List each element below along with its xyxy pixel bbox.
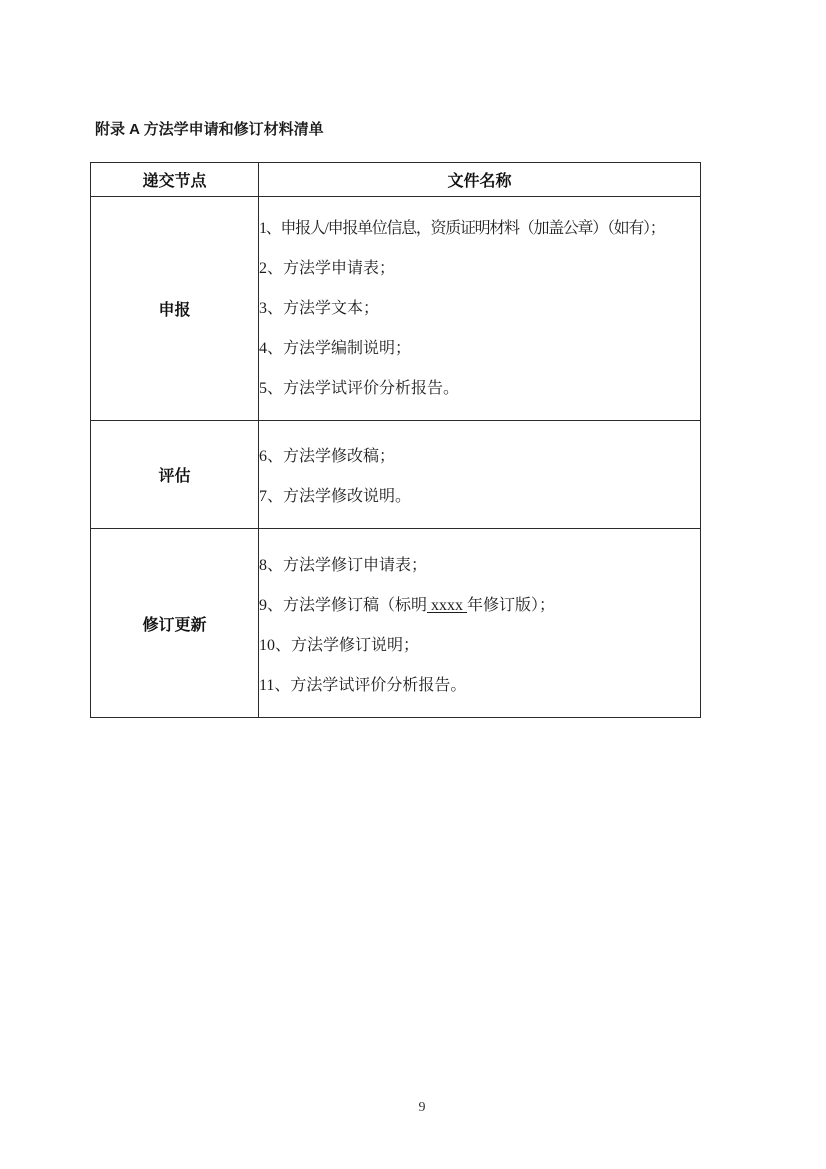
- file-item-10: 10、方法学修订说明；: [259, 637, 700, 654]
- files-cell-evaluate: 6、方法学修改稿； 7、方法学修改说明。: [259, 421, 701, 529]
- file-item-3: 3、方法学文本；: [259, 300, 700, 317]
- file-item-8: 8、方法学修订申请表；: [259, 557, 700, 574]
- file-item-9-underlined-year-placeholder: xxxx: [427, 597, 467, 614]
- file-item-9-prefix: 9、方法学修订稿（标明: [259, 597, 427, 614]
- file-item-9-suffix: 年修订版）；: [467, 597, 555, 614]
- files-cell-declare: 1、申报人/申报单位信息，资质证明材料（加盖公章）（如有）； 2、方法学申请表；…: [259, 197, 701, 421]
- table-header-row: 递交节点 文件名称: [91, 163, 701, 197]
- files-cell-revise: 8、方法学修订申请表； 9、方法学修订稿（标明 xxxx 年修订版）； 10、方…: [259, 529, 701, 718]
- materials-table: 递交节点 文件名称 申报 1、申报人/申报单位信息，资质证明材料（加盖公章）（如…: [90, 162, 701, 718]
- page-number: 9: [90, 1100, 754, 1116]
- node-label-declare: 申报: [91, 197, 259, 421]
- file-item-5: 5、方法学试评价分析报告。: [259, 380, 700, 397]
- table-row-evaluate: 评估 6、方法学修改稿； 7、方法学修改说明。: [91, 421, 701, 529]
- file-item-4: 4、方法学编制说明；: [259, 340, 700, 357]
- table-row-revise: 修订更新 8、方法学修订申请表； 9、方法学修订稿（标明 xxxx 年修订版）；…: [91, 529, 701, 718]
- file-item-6: 6、方法学修改稿；: [259, 448, 700, 465]
- node-label-revise-update: 修订更新: [91, 529, 259, 718]
- file-item-2: 2、方法学申请表；: [259, 260, 700, 277]
- col-header-file-name: 文件名称: [259, 163, 701, 197]
- file-item-1: 1、申报人/申报单位信息，资质证明材料（加盖公章）（如有）；: [259, 220, 700, 237]
- col-header-submission-node: 递交节点: [91, 163, 259, 197]
- page-title: 附录 A 方法学申请和修订材料清单: [95, 118, 324, 139]
- document-page: 附录 A 方法学申请和修订材料清单 递交节点 文件名称 申报 1、申报人/申报单…: [0, 0, 826, 1169]
- file-item-11: 11、方法学试评价分析报告。: [259, 677, 700, 694]
- table-row-declare: 申报 1、申报人/申报单位信息，资质证明材料（加盖公章）（如有）； 2、方法学申…: [91, 197, 701, 421]
- file-item-7: 7、方法学修改说明。: [259, 488, 700, 505]
- file-item-9: 9、方法学修订稿（标明 xxxx 年修订版）；: [259, 597, 700, 614]
- node-label-evaluate: 评估: [91, 421, 259, 529]
